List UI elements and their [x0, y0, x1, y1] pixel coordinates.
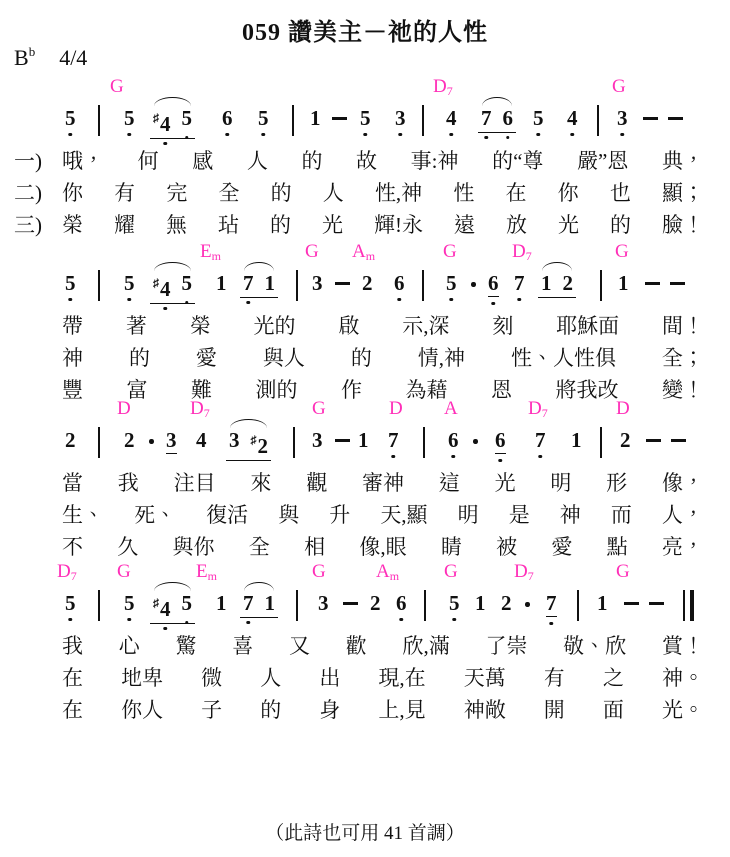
lyric-syllable: 出 [319, 663, 340, 693]
note: 7 [388, 428, 399, 452]
chord-symbol: D7 [528, 398, 548, 424]
lyric-syllable: 亮， [662, 532, 704, 562]
low-octave-dot [452, 455, 456, 459]
final-barline [683, 590, 694, 621]
note-digit: 7 [243, 591, 254, 615]
lyric-syllable: 光。 [662, 695, 704, 725]
lyric-syllable: 子 [201, 695, 222, 725]
note: 2 [362, 271, 373, 295]
low-octave-dot [185, 301, 189, 305]
note-digit: 6 [394, 271, 405, 295]
lyric-line: 二)你有完全的人性,神性在你也顯； [0, 178, 730, 210]
note: 6 [495, 428, 506, 454]
note-digit: 2 [370, 591, 381, 615]
low-octave-dot [450, 133, 454, 137]
lyric-syllable: 與你 [173, 532, 215, 562]
barline [423, 427, 425, 458]
lyric-syllables: 你有完全的人性,神性在你也顯； [62, 178, 704, 208]
lyric-syllable: 臉！ [662, 210, 704, 240]
lyric-line: 當我注目來觀審神這光明形像， [0, 468, 730, 500]
note-digit: 4 [446, 106, 457, 130]
low-octave-dot [550, 622, 554, 626]
note-digit: 6 [503, 106, 514, 130]
beamed-note-group: ♯45 [150, 271, 195, 304]
note-digit: 2 [124, 428, 135, 452]
lyric-line: 帶著榮光的啟示,深刻耶穌面間！ [0, 311, 730, 343]
lyric-syllable: 天,顯 [380, 500, 427, 530]
duration-dash [668, 117, 683, 120]
note: 1 [216, 591, 227, 615]
note-digit: 1 [216, 271, 227, 295]
lyric-syllable: 耀 [114, 210, 135, 240]
note: 4 [567, 106, 578, 130]
chord-quality: m [208, 569, 217, 583]
chord-symbol: Em [200, 241, 221, 267]
chord-symbol: D [389, 398, 403, 420]
lyric-syllable: 敬、欣 [563, 631, 626, 661]
barline [422, 270, 424, 301]
footer-note: （此詩也可用 41 首調） [0, 818, 730, 845]
beamed-note-group: 71 [240, 271, 278, 298]
hymn-sheet-page: 059 讚美主－祂的人性 Bb4/4 GD7G55♯4565153476543一… [0, 0, 730, 857]
duration-dash [671, 439, 686, 442]
duration-dash [643, 117, 658, 120]
note: 6 [448, 428, 459, 452]
augmentation-dot [471, 282, 476, 287]
low-octave-dot [69, 298, 73, 302]
note: 5 [182, 271, 193, 301]
chord-symbol: D7 [514, 561, 534, 587]
low-octave-dot [398, 298, 402, 302]
lyric-syllable: 像， [662, 468, 704, 498]
lyric-syllable: 啟 [338, 311, 359, 341]
lyric-syllable: 觀 [306, 468, 327, 498]
chord-quality: m [390, 569, 399, 583]
beam-underline: ♯45 [150, 106, 195, 139]
note: 5 [258, 106, 269, 130]
lyric-syllable: 有 [544, 663, 565, 693]
lyric-line: 我心驚喜又歡欣,滿了崇敬、欣賞！ [0, 631, 730, 663]
note: 2 [501, 591, 512, 615]
note: 1 [265, 271, 276, 295]
note-digit: 4 [160, 277, 171, 301]
note: 5 [446, 271, 457, 295]
note: 1 [310, 106, 321, 130]
duration-dash [335, 439, 350, 442]
note-digit: 5 [124, 271, 135, 295]
chord-symbol: G [110, 76, 124, 98]
lyric-syllables: 榮耀無玷的光輝!永遠放光的臉！ [62, 210, 704, 240]
chord-row: EmGAmGD7G [0, 241, 730, 267]
chord-symbol: D [117, 398, 131, 420]
low-octave-dot [164, 627, 168, 631]
chord-symbol: D7 [512, 241, 532, 267]
lyric-syllables: 在地卑微人出現,在天萬有之神。 [62, 663, 704, 693]
note-digit: 2 [65, 428, 76, 452]
note-digit: 5 [446, 271, 457, 295]
music-system: GD7G55♯4565153476543一)哦，何感人的故事:神的“尊嚴”恩典，… [0, 76, 730, 242]
note-digit: 7 [535, 428, 546, 452]
note-digit: 5 [182, 106, 193, 130]
note: 5 [449, 591, 460, 615]
lyric-line: 神的愛與人的情,神性、人性俱全； [0, 343, 730, 375]
beam-underline: ♯45 [150, 271, 195, 304]
note-digit: 5 [449, 591, 460, 615]
note-digit: 5 [360, 106, 371, 130]
note-digit: 1 [358, 428, 369, 452]
lyric-syllable: 你 [62, 178, 83, 208]
beamed-note-group: 71 [240, 591, 278, 618]
low-octave-dot [69, 618, 73, 622]
barline [98, 105, 100, 136]
note: 2 [370, 591, 381, 615]
augmentation-dot [525, 602, 530, 607]
lyric-syllable: 被 [496, 532, 517, 562]
chord-quality: 7 [542, 406, 548, 420]
low-octave-dot [128, 133, 132, 137]
note-digit: 1 [310, 106, 321, 130]
note: 7 [481, 106, 492, 130]
lyric-syllable: 而 [611, 500, 632, 530]
chord-symbol: Em [196, 561, 217, 587]
lyric-syllables: 當我注目來觀審神這光明形像， [62, 468, 704, 498]
note: ♯2 [251, 428, 269, 458]
low-octave-dot [571, 133, 575, 137]
lyric-syllable: 微 [201, 663, 222, 693]
beam-underline: 71 [240, 591, 278, 618]
duration-dash [649, 602, 664, 605]
low-octave-dot [164, 307, 168, 311]
low-octave-dot [621, 133, 625, 137]
note: 2 [563, 271, 574, 295]
lyric-syllable: 刻 [492, 311, 513, 341]
chord-symbol: Am [376, 561, 399, 587]
note-digit: 6 [495, 428, 506, 454]
chord-symbol: G [612, 76, 626, 98]
note: 1 [571, 428, 582, 452]
note-digit: 1 [618, 271, 629, 295]
note: 5 [65, 591, 76, 615]
low-octave-dot [399, 133, 403, 137]
lyric-syllable: 心 [119, 631, 140, 661]
note-digit: 6 [222, 106, 233, 130]
sharp-icon: ♯ [153, 596, 159, 610]
lyric-syllable: 當 [62, 468, 83, 498]
note: 1 [216, 271, 227, 295]
note-digit: 2 [258, 434, 269, 458]
lyric-syllable: 的 [270, 210, 291, 240]
lyric-syllable: 注目 [174, 468, 216, 498]
key-root: B [14, 45, 29, 70]
augmentation-dot [473, 439, 478, 444]
note: 6 [222, 106, 233, 130]
note-digit: 5 [65, 106, 76, 130]
beamed-note-group: 12 [538, 271, 576, 298]
lyric-syllable: 放 [506, 210, 527, 240]
low-octave-dot [492, 302, 496, 306]
augmentation-dot [149, 439, 154, 444]
lyric-syllable: 這 [439, 468, 460, 498]
note-digit: 5 [65, 271, 76, 295]
chord-quality: m [366, 249, 375, 263]
note-digit: 3 [395, 106, 406, 130]
lyric-syllable: 人 [260, 663, 281, 693]
note: 1 [541, 271, 552, 295]
note: 3 [395, 106, 406, 130]
note: 6 [503, 106, 514, 130]
lyric-syllable: 何 [138, 146, 159, 176]
chord-quality: 7 [526, 249, 532, 263]
note: 1 [358, 428, 369, 452]
note-digit: 3 [166, 428, 177, 454]
note: 3 [318, 591, 329, 615]
note-digit: 3 [229, 428, 240, 452]
notation-row: 22343♯231766712 [0, 424, 730, 468]
lyric-syllable: 明 [550, 468, 571, 498]
lyric-syllable: 形 [606, 468, 627, 498]
barline [98, 270, 100, 301]
lyric-syllable: 的 [351, 343, 372, 373]
chord-quality: 7 [204, 406, 210, 420]
time-signature: 4/4 [59, 45, 87, 70]
beamed-note-group: 3♯2 [226, 428, 271, 461]
chord-symbol: A [444, 398, 458, 420]
barline [296, 270, 298, 301]
note: 5 [124, 591, 135, 615]
lyric-syllable: 明 [458, 500, 479, 530]
note: 4 [446, 106, 457, 130]
note: ♯4 [153, 591, 171, 621]
note: 6 [488, 271, 499, 297]
duration-dash [670, 282, 685, 285]
note-digit: 4 [160, 112, 171, 136]
note: 5 [65, 271, 76, 295]
lyric-syllable: 愛 [551, 532, 572, 562]
low-octave-dot [247, 301, 251, 305]
notation-row: 55♯4565153476543 [0, 102, 730, 146]
note-digit: 7 [546, 591, 557, 617]
low-octave-dot [485, 136, 489, 140]
lyric-syllable: 有 [114, 178, 135, 208]
low-octave-dot [69, 133, 73, 137]
note: 1 [597, 591, 608, 615]
low-octave-dot [539, 455, 543, 459]
note-digit: 1 [541, 271, 552, 295]
note-digit: 4 [196, 428, 207, 452]
note: 6 [396, 591, 407, 615]
low-octave-dot [128, 298, 132, 302]
lyric-block: 我心驚喜又歡欣,滿了崇敬、欣賞！在地卑微人出現,在天萬有之神。在你人子的身上,見… [0, 631, 730, 727]
duration-dash [624, 602, 639, 605]
lyric-syllable: 與人 [263, 343, 305, 373]
low-octave-dot [499, 459, 503, 463]
key-accidental: b [29, 44, 36, 59]
verse-number: 三) [14, 210, 42, 240]
low-octave-dot [226, 133, 230, 137]
chord-row: GD7G [0, 76, 730, 102]
lyric-syllable: 神 [560, 500, 581, 530]
lyric-syllable: 神。 [662, 663, 704, 693]
hymn-title: 059 讚美主－祂的人性 [0, 12, 730, 47]
duration-dash [645, 282, 660, 285]
low-octave-dot [453, 618, 457, 622]
lyric-syllables: 生、死、復活與升天,顯明是神而人， [62, 500, 704, 530]
lyric-syllable: 嚴”恩 [577, 146, 628, 176]
note: 5 [65, 106, 76, 130]
note-digit: 5 [65, 591, 76, 615]
lyric-syllable: 性,神 [375, 178, 422, 208]
lyric-syllable: 全； [662, 343, 704, 373]
lyric-syllable: 全 [218, 178, 239, 208]
lyric-syllable: 完 [166, 178, 187, 208]
lyric-syllable: 上,見 [378, 695, 425, 725]
note-digit: 5 [533, 106, 544, 130]
note: 7 [243, 591, 254, 615]
lyric-syllable: 身 [319, 695, 340, 725]
chord-symbol: G [443, 241, 457, 263]
chord-symbol: G [312, 561, 326, 583]
note-digit: 2 [563, 271, 574, 295]
note-digit: 3 [617, 106, 628, 130]
lyric-syllables: 我心驚喜又歡欣,滿了崇敬、欣賞！ [62, 631, 704, 661]
lyric-syllable: 的 [610, 210, 631, 240]
low-octave-dot [400, 618, 404, 622]
note: 5 [124, 106, 135, 130]
lyric-syllable: 情,神 [418, 343, 465, 373]
lyric-syllable: 喜 [232, 631, 253, 661]
lyric-syllable: 現,在 [378, 663, 425, 693]
duration-dash [332, 117, 347, 120]
barline [597, 105, 599, 136]
lyric-syllable: 又 [289, 631, 310, 661]
lyric-syllable: 性 [453, 178, 474, 208]
low-octave-dot [450, 298, 454, 302]
lyric-syllable: 故 [356, 146, 377, 176]
lyric-syllable: 人， [662, 500, 704, 530]
lyric-syllable: 相 [304, 532, 325, 562]
lyric-syllable: 光 [495, 468, 516, 498]
note-digit: 7 [514, 271, 525, 295]
chord-quality: 7 [447, 84, 453, 98]
chord-quality: 7 [528, 569, 534, 583]
low-octave-dot [164, 142, 168, 146]
lyric-syllable: 不 [62, 532, 83, 562]
lyric-syllable: 生、 [62, 500, 104, 530]
beamed-note-group: ♯45 [150, 106, 195, 139]
note: 3 [229, 428, 240, 458]
note-digit: 6 [448, 428, 459, 452]
lyric-syllable: 著 [126, 311, 147, 341]
lyric-syllable: 我 [62, 631, 83, 661]
note: 5 [124, 271, 135, 295]
chord-symbol: G [305, 241, 319, 263]
beam-underline: ♯45 [150, 591, 195, 624]
chord-symbol: Am [352, 241, 375, 267]
note: 5 [182, 106, 193, 136]
chord-symbol: G [444, 561, 458, 583]
lyric-syllable: 在 [62, 695, 83, 725]
barline [600, 270, 602, 301]
chord-symbol: D7 [57, 561, 77, 587]
duration-dash [335, 282, 350, 285]
lyric-syllable: 久 [117, 532, 138, 562]
note: 5 [533, 106, 544, 130]
lyric-syllable: 全 [249, 532, 270, 562]
lyric-syllable: 無 [166, 210, 187, 240]
lyric-syllable: 的 [260, 695, 281, 725]
lyric-syllable: 玷 [218, 210, 239, 240]
lyric-syllable: 的 [271, 178, 292, 208]
low-octave-dot [392, 455, 396, 459]
low-octave-dot [506, 136, 510, 140]
lyric-syllable: 神敞 [464, 695, 506, 725]
lyric-syllables: 神的愛與人的情,神性、人性俱全； [62, 343, 704, 373]
low-octave-dot [128, 618, 132, 622]
note: 5 [360, 106, 371, 130]
lyric-syllable: 死、 [134, 500, 176, 530]
note: 1 [618, 271, 629, 295]
chord-symbol: D7 [433, 76, 453, 102]
lyric-syllable: 了崇 [486, 631, 528, 661]
lyric-syllable: 的“尊 [492, 146, 543, 176]
key-signature: Bb4/4 [14, 44, 87, 71]
lyric-syllable: 天萬 [464, 663, 506, 693]
notation-row: 55♯4517132651271 [0, 587, 730, 631]
lyric-line: 在地卑微人出現,在天萬有之神。 [0, 663, 730, 695]
chord-symbol: D7 [190, 398, 210, 424]
lyric-syllable: 光 [322, 210, 343, 240]
lyric-syllable: 在 [506, 178, 527, 208]
low-octave-dot [185, 621, 189, 625]
note-digit: 3 [312, 271, 323, 295]
barline [296, 590, 298, 621]
note-digit: 5 [182, 591, 193, 615]
lyric-syllable: 愛 [196, 343, 217, 373]
lyric-syllable: 人 [323, 178, 344, 208]
lyric-syllable: 典， [662, 146, 704, 176]
note-digit: 4 [160, 597, 171, 621]
lyric-syllable: 感 [192, 146, 213, 176]
lyric-syllable: 的 [301, 146, 322, 176]
note: 7 [535, 428, 546, 452]
barline [422, 105, 424, 136]
lyric-syllable: 我 [118, 468, 139, 498]
note: ♯4 [153, 106, 171, 136]
lyric-syllable: 的 [129, 343, 150, 373]
lyric-syllable: 與 [278, 500, 299, 530]
low-octave-dot [537, 133, 541, 137]
lyric-syllable: 性、人性俱 [511, 343, 616, 373]
barline [98, 590, 100, 621]
chord-symbol: G [117, 561, 131, 583]
chord-symbol: G [615, 241, 629, 263]
lyric-line: 生、死、復活與升天,顯明是神而人， [0, 500, 730, 532]
lyric-syllables: 不久與你全相像,眼睛被愛點亮， [62, 532, 704, 562]
note-digit: 2 [620, 428, 631, 452]
lyric-block: 帶著榮光的啟示,深刻耶穌面間！神的愛與人的情,神性、人性俱全；豐富難測的作為藉恩… [0, 311, 730, 407]
barline [98, 427, 100, 458]
note: 7 [546, 591, 557, 617]
beam-underline: 71 [240, 271, 278, 298]
note-digit: 1 [475, 591, 486, 615]
lyric-syllable: 示,深 [402, 311, 449, 341]
lyric-syllable: 來 [250, 468, 271, 498]
note: 2 [620, 428, 631, 452]
chord-quality: m [212, 249, 221, 263]
lyric-syllable: 事:神 [411, 146, 459, 176]
lyric-syllable: 你人 [121, 695, 163, 725]
lyric-syllable: 也 [610, 178, 631, 208]
